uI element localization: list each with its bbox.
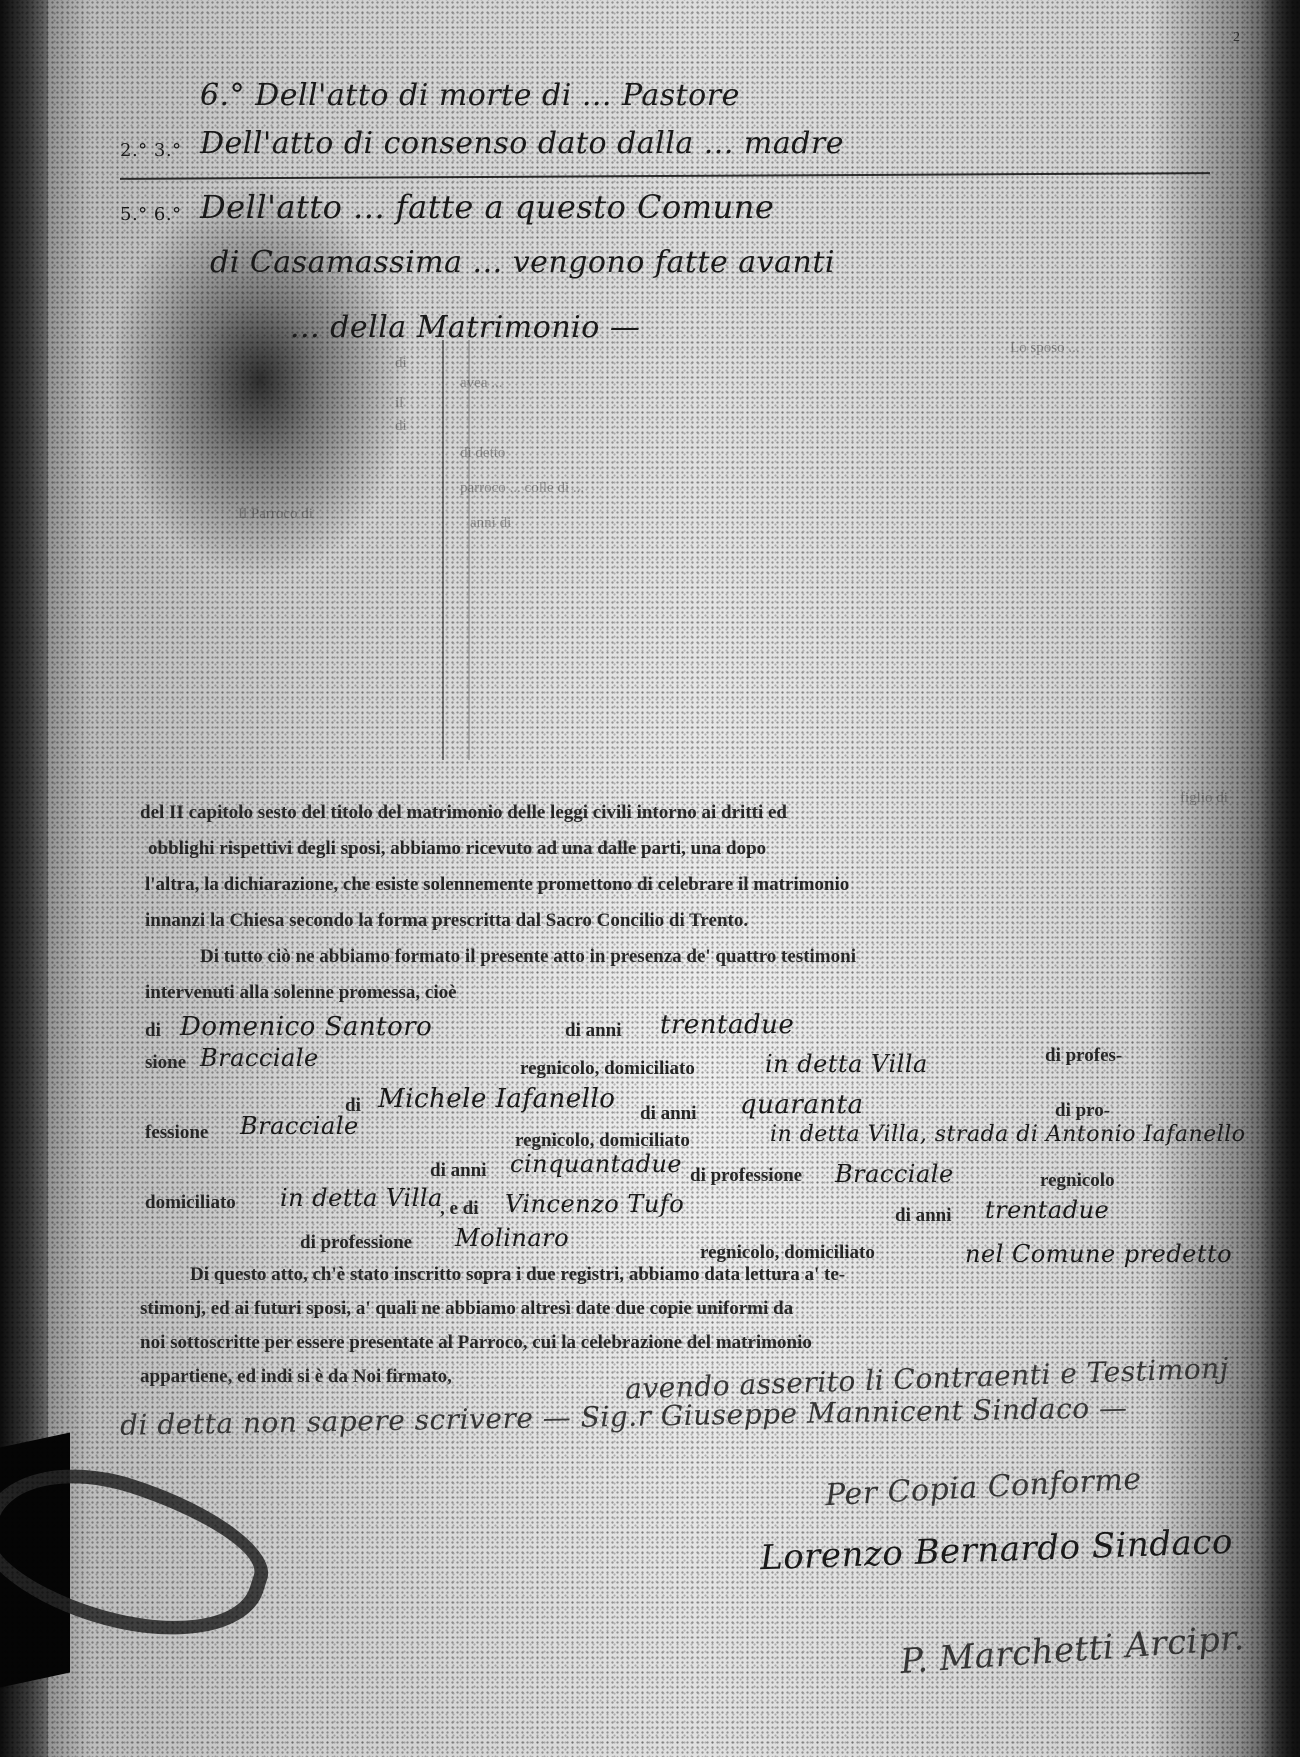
witness-4-profession-label: di professione <box>300 1232 412 1254</box>
witness-2-regnicolo: regnicolo, domiciliato <box>515 1130 690 1152</box>
right-column-fragment: Lo sposo ... <box>1010 340 1080 357</box>
body-line-2: obblighi rispettivi degli sposi, abbiamo… <box>148 838 766 860</box>
header-line-3: Dell'atto ... fatte a questo Comune <box>200 188 774 226</box>
witness-4-age-label: di anni <box>895 1205 952 1227</box>
witness-3-domiciliato: domiciliato <box>145 1192 236 1214</box>
page-right-edge-shadow <box>1260 0 1300 1757</box>
witness-2-domicile: in detta Villa, strada di Antonio Iafane… <box>770 1122 1246 1147</box>
witness-3-regnicolo: regnicolo <box>1040 1170 1115 1192</box>
witness-4-regnicolo: regnicolo, domiciliato <box>700 1242 875 1264</box>
witness-2-fessione: fessione <box>145 1122 208 1144</box>
witness-4-intro: , e di <box>440 1198 479 1220</box>
column-divider-left-2 <box>468 340 470 760</box>
witness-4-domicile: nel Comune predetto <box>965 1240 1232 1268</box>
body-line-4: innanzi la Chiesa secondo la forma presc… <box>145 910 748 932</box>
witness-1-regnicolo: regnicolo, domiciliato <box>520 1058 695 1080</box>
witness-1-profession: Bracciale <box>200 1044 319 1072</box>
witness-1-name: Domenico Santoro <box>180 1012 432 1042</box>
witness-1-age-label: di anni <box>565 1020 622 1042</box>
header-line-4: di Casamassima ... vengono fatte avanti <box>210 245 835 280</box>
witness-2-age: quaranta <box>740 1090 864 1120</box>
witness-1-domicile: in detta Villa <box>765 1050 928 1078</box>
witness-4-profession: Molinaro <box>455 1224 569 1252</box>
witness-1-sione: sione <box>145 1052 186 1074</box>
column-divider-left <box>442 340 444 760</box>
header-line-2-prefix: 2.° 3.° <box>120 140 182 161</box>
witness-3-profession-label: di professione <box>690 1165 802 1187</box>
witness-3-domicile: in detta Villa <box>280 1184 443 1212</box>
page-number: 2 <box>1233 30 1240 46</box>
closing-line-4: appartiene, ed indi si è da Noi firmato, <box>140 1366 452 1388</box>
witness-4-name: Vincenzo Tufo <box>505 1190 684 1218</box>
left-column-fragment: il <box>395 395 403 412</box>
header-line-2: Dell'atto di consenso dato dalla ... mad… <box>200 126 844 161</box>
body-line-1: del II capitolo sesto del titolo del mat… <box>140 802 787 824</box>
left-column-parroco-label: Il Parroco di <box>238 506 313 523</box>
closing-line-3: noi sottoscritte per essere presentate a… <box>140 1332 812 1354</box>
right-column-fragment: figlio di <box>1180 790 1228 807</box>
witness-3-profession: Bracciale <box>835 1160 954 1188</box>
header-line-1: 6.° Dell'atto di morte di ... Pastore <box>200 78 740 113</box>
header-line-5: ... della Matrimonio — <box>290 310 640 345</box>
body-line-5: Di tutto ciò ne abbiamo formato il prese… <box>200 946 856 968</box>
witness-2-name: Michele Iafanello <box>378 1084 615 1114</box>
left-column-fragment: di <box>395 355 407 372</box>
right-column-fragment: di detto <box>460 445 505 462</box>
witness-2-pro-label: di pro- <box>1055 1100 1110 1122</box>
witness-3-age: cinquantadue <box>510 1150 682 1178</box>
witness-2-age-label: di anni <box>640 1103 697 1125</box>
right-column-fragment: anni di <box>470 515 511 532</box>
witness-4-age: trentadue <box>985 1196 1109 1224</box>
body-line-3: l'altra, la dichiarazione, che esiste so… <box>145 874 849 896</box>
witness-1-age: trentadue <box>660 1010 794 1040</box>
witness-3-age-label: di anni <box>430 1160 487 1182</box>
closing-line-2: stimonj, ed ai futuri sposi, a' quali ne… <box>140 1298 793 1320</box>
right-column-fragment: avea ... <box>460 375 502 392</box>
left-column-fragment: di <box>395 418 407 435</box>
closing-line-1: Di questo atto, ch'è stato inscritto sop… <box>190 1264 845 1286</box>
header-line-3-prefix: 5.° 6.° <box>120 204 182 225</box>
witness-2-profession: Bracciale <box>240 1112 359 1140</box>
body-line-6: intervenuti alla solenne promessa, cioè <box>145 982 457 1004</box>
witness-1-profession-label: di profes- <box>1045 1045 1122 1067</box>
witness-1-intro: di <box>145 1020 161 1042</box>
right-column-fragment: parroco ... colle di ... <box>460 480 584 497</box>
